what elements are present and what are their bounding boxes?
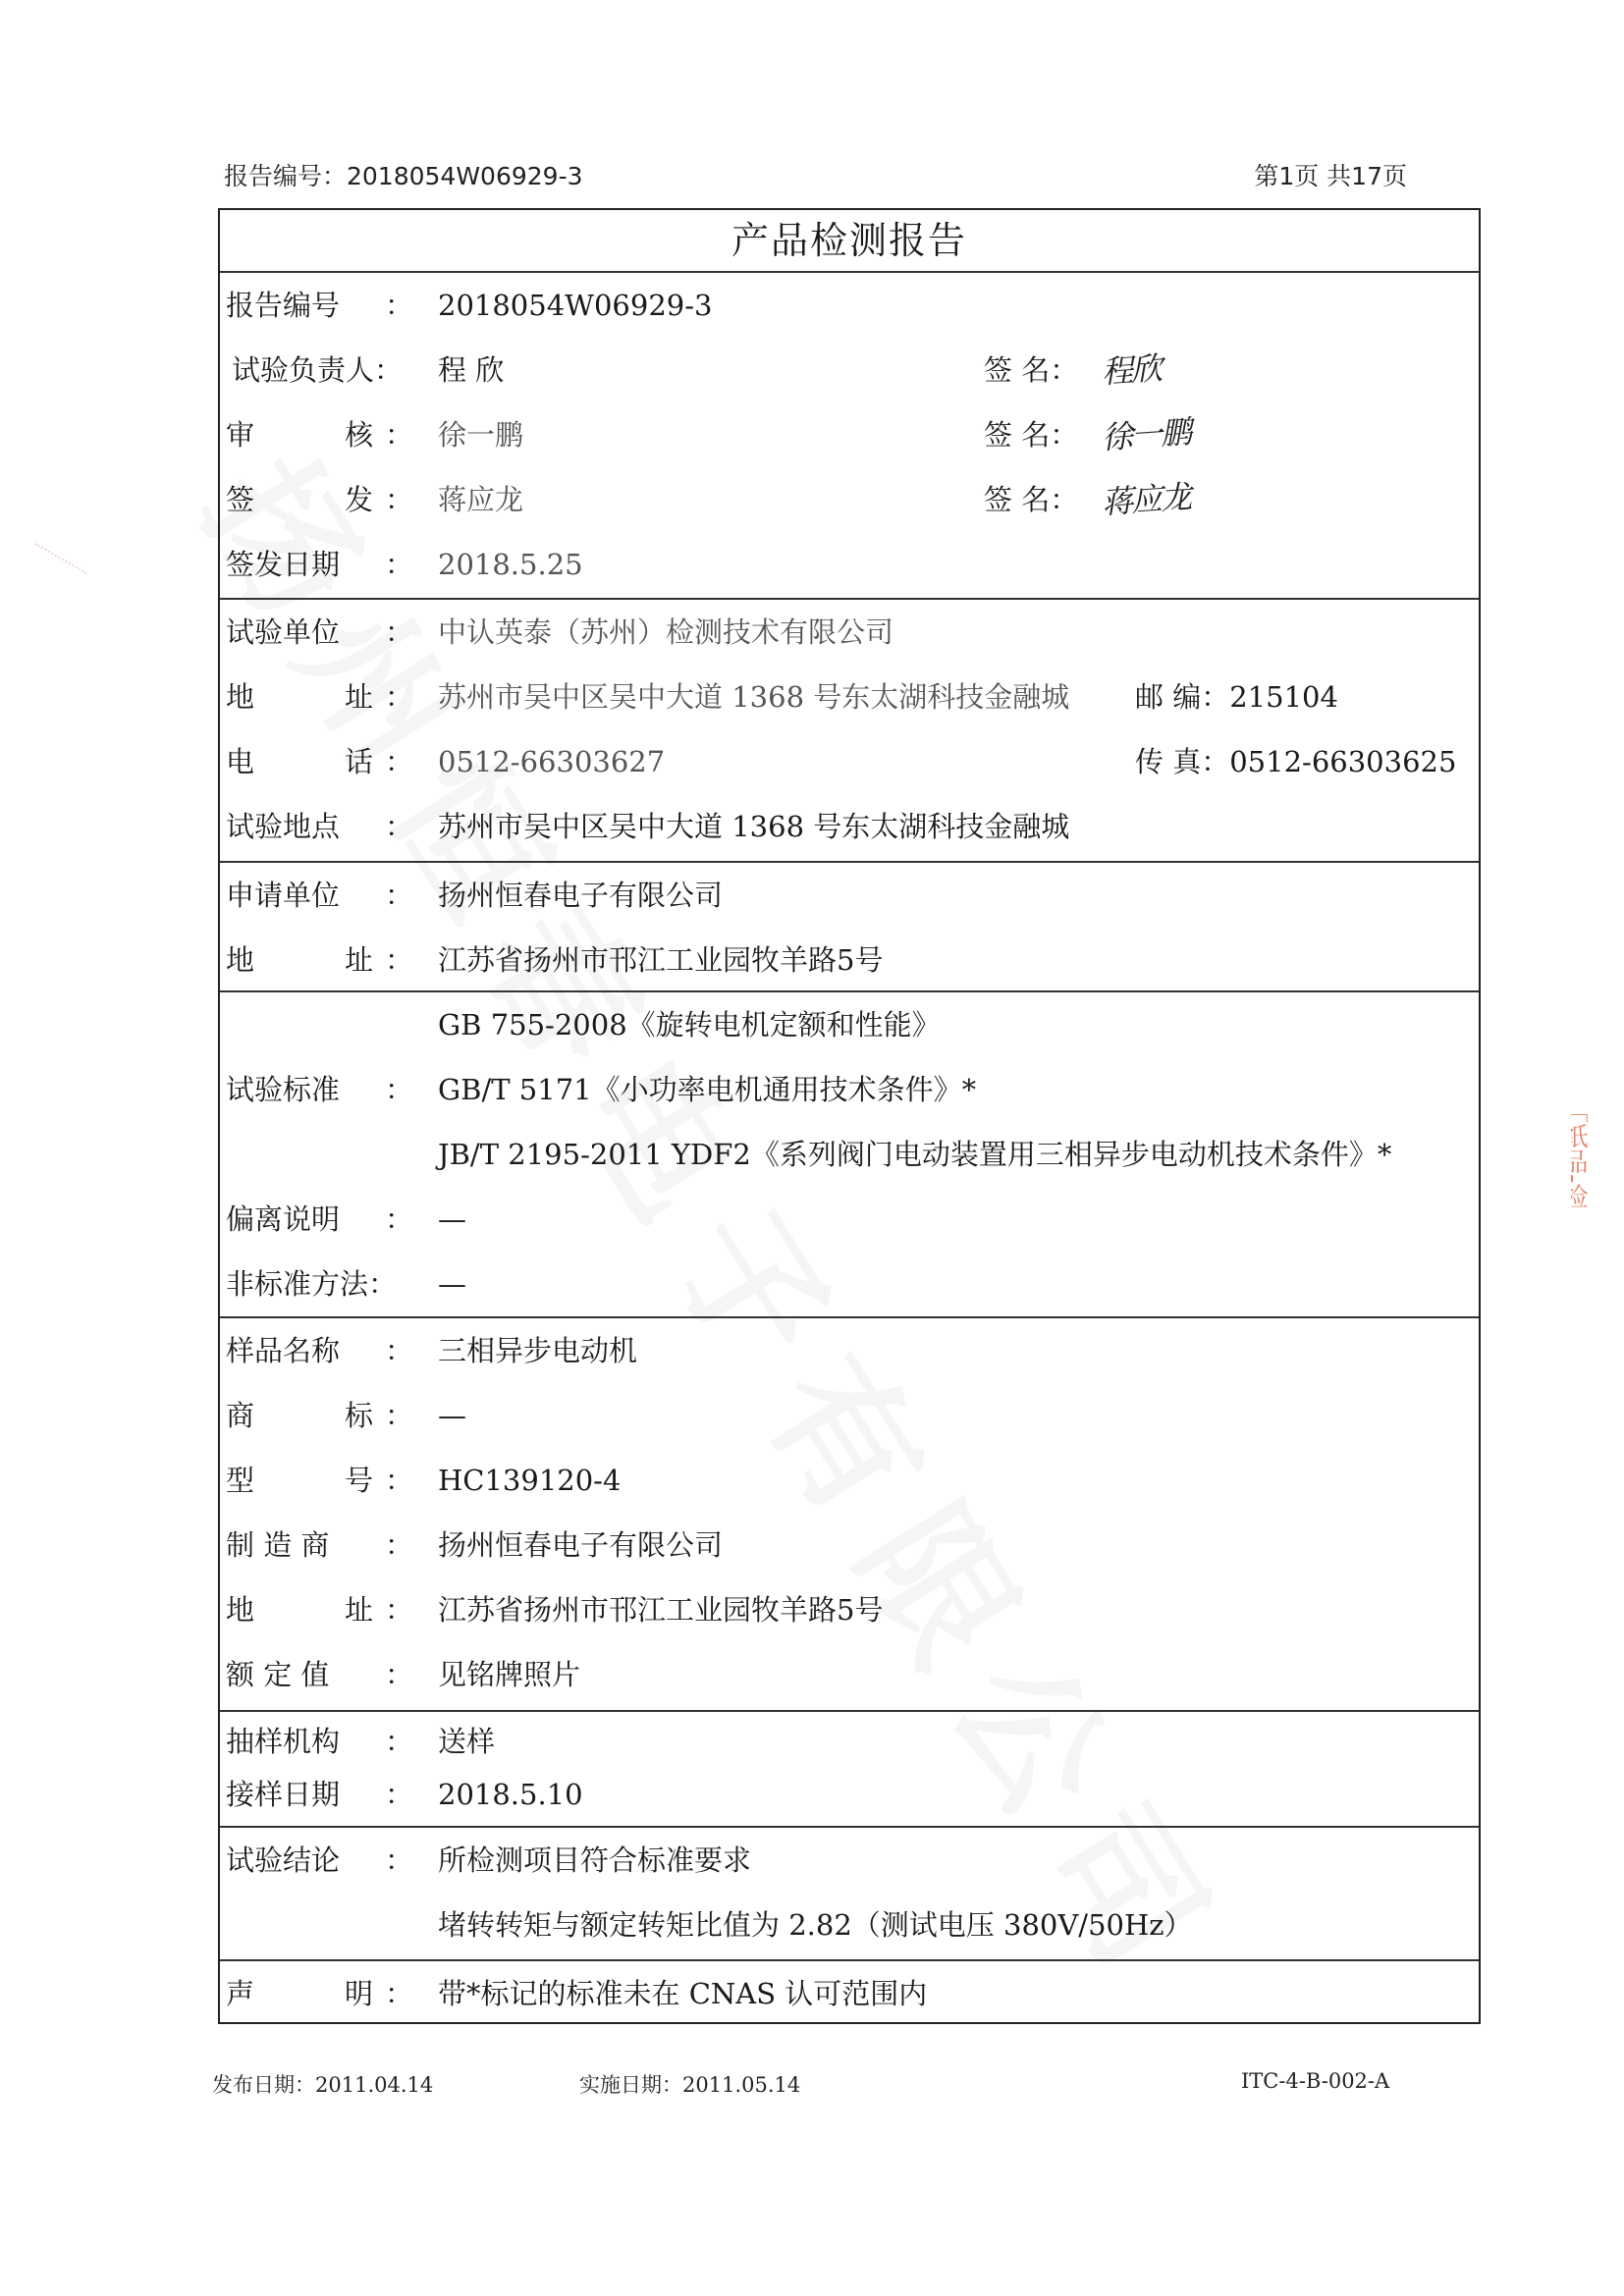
- statement-value: 带*标记的标准未在 CNAS 认可范围内: [438, 1961, 927, 2026]
- row-receive-date: 接样日期 ： 2018.5.10: [220, 1767, 1479, 1822]
- reviewer-name: 徐一鹏: [438, 402, 523, 467]
- label: 审核: [226, 402, 373, 467]
- standard-item: GB 755-2008《旋转电机定额和性能》: [438, 992, 941, 1057]
- row-sample-name: 样品名称 ： 三相异步电动机: [220, 1318, 1479, 1383]
- lab-address-value: 苏州市吴中区吴中大道 1368 号东太湖科技金融城: [438, 665, 1069, 729]
- model-value: HC139120-4: [438, 1448, 621, 1513]
- colon: ：: [385, 273, 413, 338]
- section-report-info: 报告编号 ： 2018054W06929-3 试验负责人： 程 欣 签 名： 程…: [220, 273, 1479, 600]
- colon: ：: [385, 532, 413, 597]
- colon: ：: [385, 1187, 413, 1252]
- section-sample: 样品名称 ： 三相异步电动机 商标 ： — 型号 ： HC139120-4 制 …: [220, 1318, 1479, 1712]
- lab-site-value: 苏州市吴中区吴中大道 1368 号东太湖科技金融城: [438, 794, 1069, 859]
- row-standard-2: 试验标准 ： GB/T 5171《小功率电机通用技术条件》*: [220, 1057, 1479, 1122]
- section-sampling: 抽样机构 ： 送样 接样日期 ： 2018.5.10: [220, 1712, 1479, 1828]
- colon: ：: [385, 1577, 413, 1642]
- label: 报告编号: [226, 273, 373, 338]
- label: 声明: [226, 1961, 373, 2026]
- receive-date-value: 2018.5.10: [438, 1767, 583, 1822]
- row-sample-address: 地址 ： 江苏省扬州市邗江工业园牧羊路5号: [220, 1577, 1479, 1642]
- colon: ：: [385, 729, 413, 794]
- label: 试验标准: [226, 1057, 373, 1122]
- colon: ：: [385, 1961, 413, 2026]
- rating-value: 见铭牌照片: [438, 1642, 580, 1707]
- label: 试验单位: [226, 600, 373, 665]
- section-lab: 试验单位 ： 中认英泰（苏州）检测技术有限公司 地址 ： 苏州市吴中区吴中大道 …: [220, 600, 1479, 863]
- row-non-standard: 非标准方法： —: [220, 1252, 1479, 1316]
- non-standard-value: —: [438, 1252, 466, 1316]
- sign-label: 签 名：: [984, 338, 1087, 402]
- label: 地址: [226, 665, 373, 729]
- label: 试验负责人：: [232, 338, 448, 402]
- row-conclusion-1: 试验结论 ： 所检测项目符合标准要求: [220, 1828, 1479, 1893]
- colon: ：: [385, 1448, 413, 1513]
- section-standards: GB 755-2008《旋转电机定额和性能》 试验标准 ： GB/T 5171《…: [220, 992, 1479, 1318]
- sample-address-value: 江苏省扬州市邗江工业园牧羊路5号: [438, 1577, 883, 1642]
- label: 额 定 值: [226, 1642, 373, 1707]
- document-title: 产品检测报告: [220, 210, 1479, 273]
- row-lab-unit: 试验单位 ： 中认英泰（苏州）检测技术有限公司: [220, 600, 1479, 665]
- colon: ：: [385, 863, 413, 928]
- label: 地址: [226, 1577, 373, 1642]
- label: 地址: [226, 928, 373, 992]
- label: 抽样机构: [226, 1712, 373, 1771]
- label: 接样日期: [226, 1767, 373, 1822]
- row-model: 型号 ： HC139120-4: [220, 1448, 1479, 1513]
- row-issue-date: 签发日期 ： 2018.5.25: [220, 532, 1479, 597]
- section-statement: 声明 ： 带*标记的标准未在 CNAS 认可范围内: [220, 1961, 1479, 2026]
- applicant-unit-value: 扬州恒春电子有限公司: [438, 863, 723, 928]
- row-applicant-address: 地址 ： 江苏省扬州市邗江工业园牧羊路5号: [220, 928, 1479, 992]
- standard-item: JB/T 2195-2011 YDF2《系列阀门电动装置用三相异步电动机技术条件…: [438, 1122, 1391, 1187]
- label: 商标: [226, 1383, 373, 1448]
- header-page-info: 第1页 共17页: [1254, 157, 1407, 192]
- row-lab-address: 地址 ： 苏州市吴中区吴中大道 1368 号东太湖科技金融城 邮 编：21510…: [220, 665, 1479, 729]
- colon: ：: [385, 1318, 413, 1383]
- colon: ：: [385, 1642, 413, 1707]
- row-statement: 声明 ： 带*标记的标准未在 CNAS 认可范围内: [220, 1961, 1479, 2026]
- label: 样品名称: [226, 1318, 373, 1383]
- sign-label: 签 名：: [984, 467, 1087, 532]
- fax-field: 传 真：0512-66303625: [1135, 729, 1456, 794]
- label: 型号: [226, 1448, 373, 1513]
- colon: ：: [385, 928, 413, 992]
- trademark-value: —: [438, 1383, 466, 1448]
- label: 试验地点: [226, 794, 373, 859]
- page-header: 报告编号：2018054W06929-3 第1页 共17页: [224, 157, 1407, 196]
- colon: ：: [385, 1057, 413, 1122]
- header-report-number: 报告编号：2018054W06929-3: [224, 157, 583, 192]
- issue-date-value: 2018.5.25: [438, 532, 583, 597]
- label: 申请单位: [226, 863, 373, 928]
- row-reviewer: 审核 ： 徐一鹏 签 名： 徐一鹏: [220, 402, 1479, 467]
- applicant-address-value: 江苏省扬州市邗江工业园牧羊路5号: [438, 928, 883, 992]
- sign-label: 签 名：: [984, 402, 1087, 467]
- colon: ：: [385, 600, 413, 665]
- row-lab-phone: 电话 ： 0512-66303627 传 真：0512-66303625: [220, 729, 1479, 794]
- row-manufacturer: 制 造 商 ： 扬州恒春电子有限公司: [220, 1513, 1479, 1577]
- issuer-signature: 蒋应龙: [1100, 464, 1192, 535]
- lab-unit-value: 中认英泰（苏州）检测技术有限公司: [438, 600, 893, 665]
- manufacturer-value: 扬州恒春电子有限公司: [438, 1513, 723, 1577]
- row-sampling-agency: 抽样机构 ： 送样: [220, 1712, 1479, 1767]
- lab-phone-value: 0512-66303627: [438, 729, 665, 794]
- colon: ：: [385, 1513, 413, 1577]
- colon: ：: [385, 1712, 413, 1771]
- report-number-value: 2018054W06929-3: [438, 273, 712, 338]
- reviewer-signature: 徐一鹏: [1100, 400, 1192, 470]
- sampling-agency-value: 送样: [438, 1712, 495, 1771]
- publish-date: 发布日期：2011.04.14: [212, 2069, 433, 2099]
- row-lab-site: 试验地点 ： 苏州市吴中区吴中大道 1368 号东太湖科技金融城: [220, 794, 1479, 859]
- colon: ：: [385, 665, 413, 729]
- deviation-value: —: [438, 1187, 466, 1252]
- label: 签发: [226, 467, 373, 532]
- conclusion-line-2: 堵转转矩与额定转矩比值为 2.82（测试电压 380V/50Hz）: [438, 1893, 1193, 1957]
- row-applicant-unit: 申请单位 ： 扬州恒春电子有限公司: [220, 863, 1479, 928]
- label: 非标准方法：: [226, 1252, 442, 1316]
- row-tester: 试验负责人： 程 欣 签 名： 程欣: [220, 338, 1479, 402]
- label: 偏离说明: [226, 1187, 373, 1252]
- standard-item: GB/T 5171《小功率电机通用技术条件》*: [438, 1057, 976, 1122]
- row-conclusion-2: 堵转转矩与额定转矩比值为 2.82（测试电压 380V/50Hz）: [220, 1893, 1479, 1957]
- form-code: ITC-4-B-002-A: [1241, 2069, 1389, 2093]
- sample-name-value: 三相异步电动机: [438, 1318, 637, 1383]
- row-trademark: 商标 ： —: [220, 1383, 1479, 1448]
- postcode-field: 邮 编：215104: [1135, 665, 1338, 729]
- issuer-name: 蒋应龙: [438, 467, 523, 532]
- tester-signature: 程欣: [1100, 336, 1163, 404]
- row-standard-3: JB/T 2195-2011 YDF2《系列阀门电动装置用三相异步电动机技术条件…: [220, 1122, 1479, 1187]
- colon: ：: [385, 1828, 413, 1893]
- colon: ：: [385, 794, 413, 859]
- conclusion-line-1: 所检测项目符合标准要求: [438, 1828, 751, 1893]
- row-rating: 额 定 值 ： 见铭牌照片: [220, 1642, 1479, 1707]
- report-table: 产品检测报告 报告编号 ： 2018054W06929-3 试验负责人： 程 欣…: [218, 208, 1481, 2024]
- colon: ：: [385, 1383, 413, 1448]
- colon: ：: [385, 1767, 413, 1822]
- colon: ：: [385, 467, 413, 532]
- seal-fragment-left: [0, 543, 86, 676]
- row-deviation: 偏离说明 ： —: [220, 1187, 1479, 1252]
- effective-date: 实施日期：2011.05.14: [579, 2069, 800, 2099]
- seal-fragment-right: 「纸品-检: [1571, 1097, 1593, 1333]
- section-applicant: 申请单位 ： 扬州恒春电子有限公司 地址 ： 江苏省扬州市邗江工业园牧羊路5号: [220, 863, 1479, 992]
- row-report-number: 报告编号 ： 2018054W06929-3: [220, 273, 1479, 338]
- label: 签发日期: [226, 532, 373, 597]
- row-issuer: 签发 ： 蒋应龙 签 名： 蒋应龙: [220, 467, 1479, 532]
- row-standard-1: GB 755-2008《旋转电机定额和性能》: [220, 992, 1479, 1057]
- label: 试验结论: [226, 1828, 373, 1893]
- section-conclusion: 试验结论 ： 所检测项目符合标准要求 堵转转矩与额定转矩比值为 2.82（测试电…: [220, 1828, 1479, 1961]
- label: 电话: [226, 729, 373, 794]
- tester-name: 程 欣: [438, 338, 504, 402]
- colon: ：: [385, 402, 413, 467]
- label: 制 造 商: [226, 1513, 373, 1577]
